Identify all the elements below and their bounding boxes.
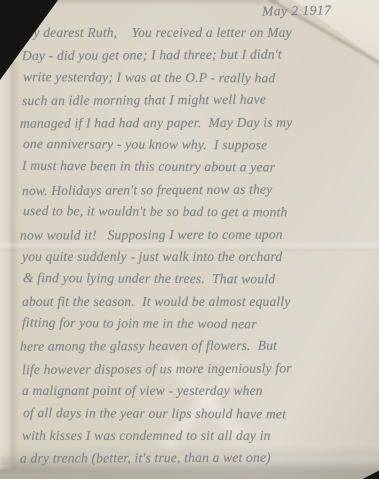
letter-line: managed if I had had any paper. May Day … [20,111,377,135]
letter-line: used to be, it wouldn't be so bad to get… [23,200,379,224]
letter-line: Day - did you get one; I had three; but … [22,43,379,68]
letter-line: I must have been in this country about a… [22,155,379,180]
letter-line: now would it! Supposing I were to come u… [20,223,377,247]
letter-page: May 2 1917 My dearest Ruth, You received… [0,0,379,479]
paper-top-edge-shadow [56,0,279,6]
letter-line: My dearest Ruth, You received a letter o… [22,22,379,44]
letter-line: a malignant point of view - yesterday wh… [22,380,379,402]
letter-line: life however disposes of us more ingenio… [22,357,379,382]
letter-line: write yesterday; I was at the O.P - real… [23,66,379,90]
letter-line: about fit the season. It would be almost… [22,291,379,313]
letter-line: here among the glassy heaven of flowers.… [20,335,377,359]
letter-line: a dry trench (better, it's true, than a … [20,447,377,471]
paper-left-edge [0,62,20,469]
letter-line: of all days in the year our lips should … [23,402,379,426]
letter-line: one anniversary - you know why. I suppos… [23,133,379,157]
letter-line: such an idle morning that I might well h… [22,88,379,113]
letter-date: May 2 1917 [261,2,331,19]
letter-line: & find you lying under the trees. That w… [23,267,379,291]
letter-line: you quite suddenly - just walk into the … [22,246,379,268]
letter-line: fitting for you to join me in the wood n… [22,312,379,337]
photo-background: May 2 1917 My dearest Ruth, You received… [0,0,379,479]
letter-line: with kisses I was condemned to sit all d… [22,425,379,447]
letter-body: My dearest Ruth, You received a letter o… [22,22,379,470]
letter-line: now. Holidays aren't so frequent now as … [22,178,379,203]
